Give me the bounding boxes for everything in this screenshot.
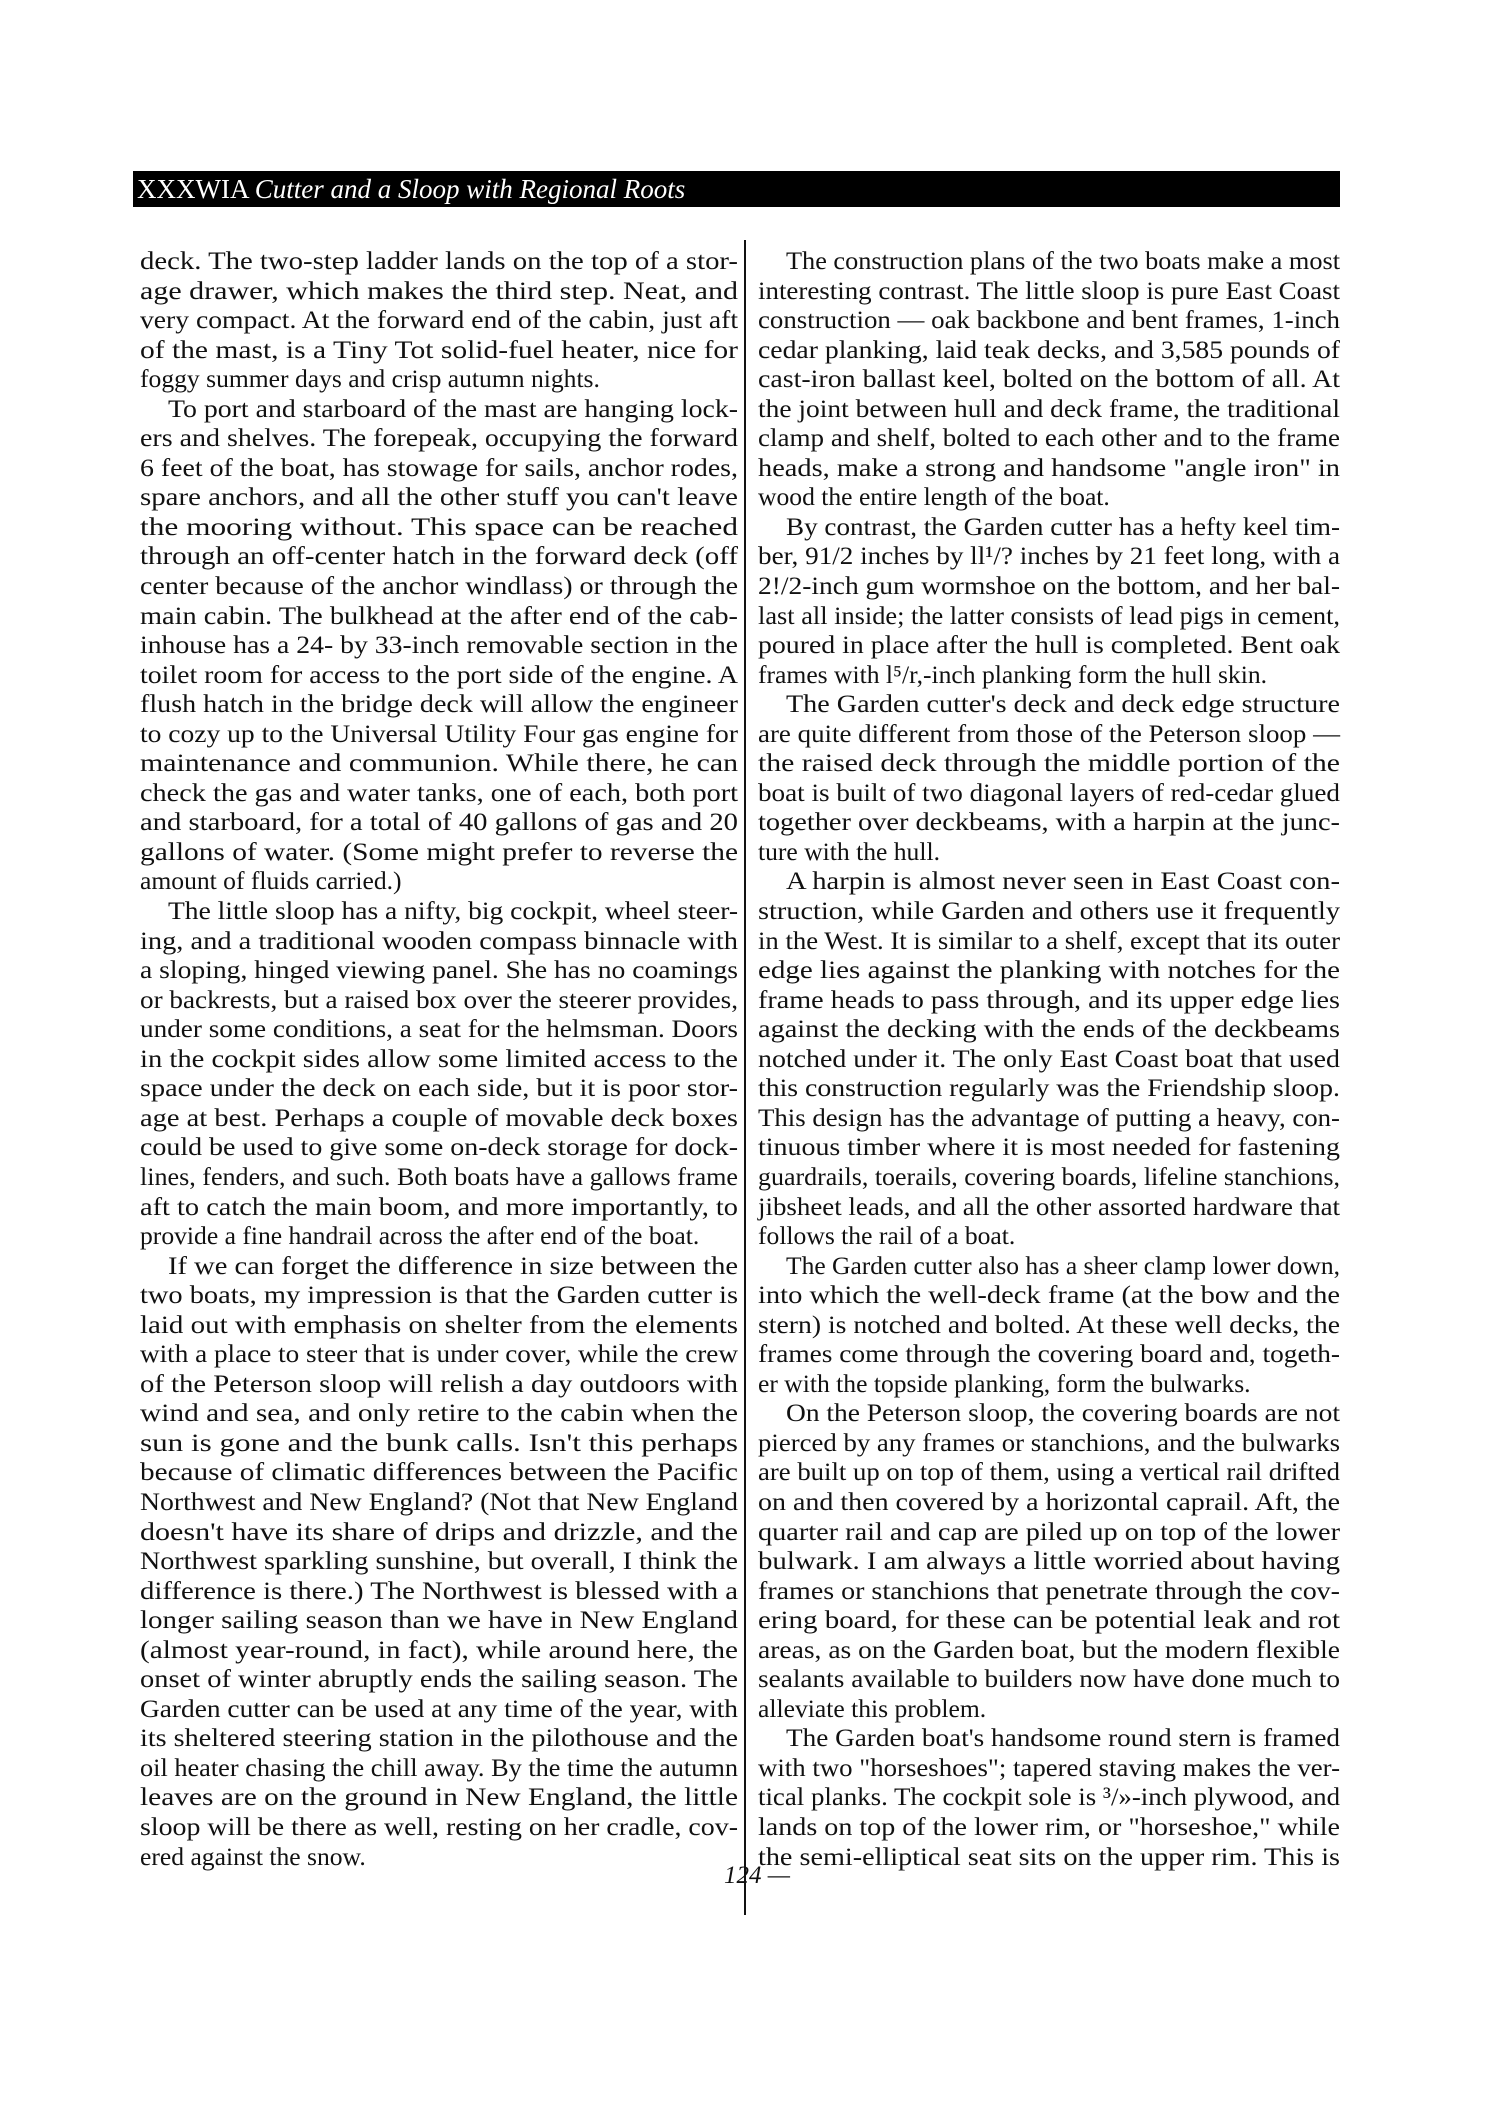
text-line: of the Peterson sloop will relish a day … — [140, 1369, 738, 1399]
text-line: The little sloop has a nifty, big cockpi… — [140, 896, 738, 926]
text-line: aft to catch the main boom, and more imp… — [140, 1192, 738, 1222]
text-line: together over deckbeams, with a harpin a… — [758, 807, 1340, 837]
text-line: construction — oak backbone and bent fra… — [758, 305, 1340, 335]
text-line: (almost year-round, in fact), while arou… — [140, 1635, 738, 1665]
text-line: quarter rail and cap are piled up on top… — [758, 1517, 1340, 1547]
text-line: pierced by any frames or stanchions, and… — [758, 1428, 1340, 1458]
text-line: last all inside; the latter consists of … — [758, 601, 1340, 631]
text-line: cast-iron ballast keel, bolted on the bo… — [758, 364, 1340, 394]
text-line: toilet room for access to the port side … — [140, 660, 738, 690]
text-line: and starboard, for a total of 40 gallons… — [140, 807, 738, 837]
text-line: By contrast, the Garden cutter has a hef… — [758, 512, 1340, 542]
text-line: difference is there.) The Northwest is b… — [140, 1576, 738, 1606]
text-line: The Garden cutter's deck and deck edge s… — [758, 689, 1340, 719]
text-line: On the Peterson sloop, the covering boar… — [758, 1398, 1340, 1428]
text-line: gallons of water. (Some might prefer to … — [140, 837, 738, 867]
text-line: frames come through the covering board a… — [758, 1339, 1340, 1369]
text-line: sealants available to builders now have … — [758, 1664, 1340, 1694]
text-line: cedar planking, laid teak decks, and 3,5… — [758, 335, 1340, 365]
text-line: jibsheet leads, and all the other assort… — [758, 1192, 1340, 1222]
text-line: This design has the advantage of putting… — [758, 1103, 1340, 1133]
text-line: against the decking with the ends of the… — [758, 1014, 1340, 1044]
left-column: deck. The two-step ladder lands on the t… — [140, 246, 738, 1871]
text-line: could be used to give some on-deck stora… — [140, 1132, 738, 1162]
text-line: ing, and a traditional wooden compass bi… — [140, 926, 738, 956]
text-line: this construction regularly was the Frie… — [758, 1073, 1340, 1103]
text-line: alleviate this problem. — [758, 1694, 1340, 1724]
right-column: The construction plans of the two boats … — [758, 246, 1340, 1871]
text-line: space under the deck on each side, but i… — [140, 1073, 738, 1103]
text-line: a sloping, hinged viewing panel. She has… — [140, 955, 738, 985]
header-prefix: XXXWIA — [137, 174, 255, 204]
text-line: The Garden cutter also has a sheer clamp… — [758, 1251, 1340, 1281]
text-line: interesting contrast. The little sloop i… — [758, 276, 1340, 306]
text-line: 2!/2-inch gum wormshoe on the bottom, an… — [758, 571, 1340, 601]
text-line: age drawer, which makes the third step. … — [140, 276, 738, 306]
text-line: its sheltered steering station in the pi… — [140, 1723, 738, 1753]
text-line: spare anchors, and all the other stuff y… — [140, 482, 738, 512]
text-line: wood the entire length of the boat. — [758, 482, 1340, 512]
text-line: in the cockpit sides allow some limited … — [140, 1044, 738, 1074]
column-divider — [744, 240, 746, 1915]
text-line: stern) is notched and bolted. At these w… — [758, 1310, 1340, 1340]
text-line: the raised deck through the middle porti… — [758, 748, 1340, 778]
text-line: check the gas and water tanks, one of ea… — [140, 778, 738, 808]
text-line: very compact. At the forward end of the … — [140, 305, 738, 335]
text-line: foggy summer days and crisp autumn night… — [140, 364, 738, 394]
text-line: are quite different from those of the Pe… — [758, 719, 1340, 749]
text-line: or backrests, but a raised box over the … — [140, 985, 738, 1015]
text-line: ering board, for these can be potential … — [758, 1605, 1340, 1635]
text-line: Garden cutter can be used at any time of… — [140, 1694, 738, 1724]
text-line: center because of the anchor windlass) o… — [140, 571, 738, 601]
text-line: are built up on top of them, using a ver… — [758, 1457, 1340, 1487]
text-line: with a place to steer that is under cove… — [140, 1339, 738, 1369]
text-line: of the mast, is a Tiny Tot solid-fuel he… — [140, 335, 738, 365]
text-line: two boats, my impression is that the Gar… — [140, 1280, 738, 1310]
text-line: with two "horseshoes"; tapered staving m… — [758, 1753, 1340, 1783]
text-line: doesn't have its share of drips and driz… — [140, 1517, 738, 1547]
text-line: Northwest sparkling sunshine, but overal… — [140, 1546, 738, 1576]
text-line: If we can forget the difference in size … — [140, 1251, 738, 1281]
text-line: age at best. Perhaps a couple of movable… — [140, 1103, 738, 1133]
text-line: edge lies against the planking with notc… — [758, 955, 1340, 985]
text-line: The construction plans of the two boats … — [758, 246, 1340, 276]
text-line: into which the well-deck frame (at the b… — [758, 1280, 1340, 1310]
text-line: laid out with emphasis on shelter from t… — [140, 1310, 738, 1340]
text-line: maintenance and communion. While there, … — [140, 748, 738, 778]
text-line: inhouse has a 24- by 33-inch removable s… — [140, 630, 738, 660]
text-line: A harpin is almost never seen in East Co… — [758, 866, 1340, 896]
text-line: sun is gone and the bunk calls. Isn't th… — [140, 1428, 738, 1458]
text-line: deck. The two-step ladder lands on the t… — [140, 246, 738, 276]
text-line: frames or stanchions that penetrate thro… — [758, 1576, 1340, 1606]
text-line: provide a fine handrail across the after… — [140, 1221, 738, 1251]
text-line: in the West. It is similar to a shelf, e… — [758, 926, 1340, 956]
text-line: lands on top of the lower rim, or "horse… — [758, 1812, 1340, 1842]
text-line: areas, as on the Garden boat, but the mo… — [758, 1635, 1340, 1665]
text-line: oil heater chasing the chill away. By th… — [140, 1753, 738, 1783]
text-line: To port and starboard of the mast are ha… — [140, 394, 738, 424]
text-line: the semi-elliptical seat sits on the upp… — [758, 1842, 1340, 1872]
text-line: Northwest and New England? (Not that New… — [140, 1487, 738, 1517]
text-line: because of climatic differences between … — [140, 1457, 738, 1487]
text-line: frame heads to pass through, and its upp… — [758, 985, 1340, 1015]
text-line: onset of winter abruptly ends the sailin… — [140, 1664, 738, 1694]
text-line: tinuous timber where it is most needed f… — [758, 1132, 1340, 1162]
text-line: poured in place after the hull is comple… — [758, 630, 1340, 660]
text-line: er with the topside planking, form the b… — [758, 1369, 1340, 1399]
text-line: amount of fluids carried.) — [140, 866, 738, 896]
text-line: 6 feet of the boat, has stowage for sail… — [140, 453, 738, 483]
header-title: Cutter and a Sloop with Regional Roots — [255, 174, 686, 204]
text-line: ered against the snow. — [140, 1842, 738, 1872]
text-line: longer sailing season than we have in Ne… — [140, 1605, 738, 1635]
text-line: ture with the hull. — [758, 837, 1340, 867]
text-line: The Garden boat's handsome round stern i… — [758, 1723, 1340, 1753]
text-line: tical planks. The cockpit sole is ³/»-in… — [758, 1782, 1340, 1812]
text-line: follows the rail of a boat. — [758, 1221, 1340, 1251]
text-line: heads, make a strong and handsome "angle… — [758, 453, 1340, 483]
text-line: ber, 91/2 inches by ll¹/? inches by 21 f… — [758, 541, 1340, 571]
text-line: lines, fenders, and such. Both boats hav… — [140, 1162, 738, 1192]
text-line: guardrails, toerails, covering boards, l… — [758, 1162, 1340, 1192]
text-line: wind and sea, and only retire to the cab… — [140, 1398, 738, 1428]
text-line: through an off-center hatch in the forwa… — [140, 541, 738, 571]
text-line: flush hatch in the bridge deck will allo… — [140, 689, 738, 719]
text-line: ers and shelves. The forepeak, occupying… — [140, 423, 738, 453]
text-line: clamp and shelf, bolted to each other an… — [758, 423, 1340, 453]
text-line: sloop will be there as well, resting on … — [140, 1812, 738, 1842]
text-line: under some conditions, a seat for the he… — [140, 1014, 738, 1044]
text-line: on and then covered by a horizontal capr… — [758, 1487, 1340, 1517]
text-line: the mooring without. This space can be r… — [140, 512, 738, 542]
text-line: boat is built of two diagonal layers of … — [758, 778, 1340, 808]
text-line: main cabin. The bulkhead at the after en… — [140, 601, 738, 631]
text-line: bulwark. I am always a little worried ab… — [758, 1546, 1340, 1576]
text-line: to cozy up to the Universal Utility Four… — [140, 719, 738, 749]
page-number: 124 — — [724, 1862, 790, 1890]
text-line: leaves are on the ground in New England,… — [140, 1782, 738, 1812]
text-line: struction, while Garden and others use i… — [758, 896, 1340, 926]
text-line: frames with l⁵/r,-inch planking form the… — [758, 660, 1340, 690]
text-line: notched under it. The only East Coast bo… — [758, 1044, 1340, 1074]
text-line: the joint between hull and deck frame, t… — [758, 394, 1340, 424]
running-header: XXXWIA Cutter and a Sloop with Regional … — [133, 171, 1340, 207]
